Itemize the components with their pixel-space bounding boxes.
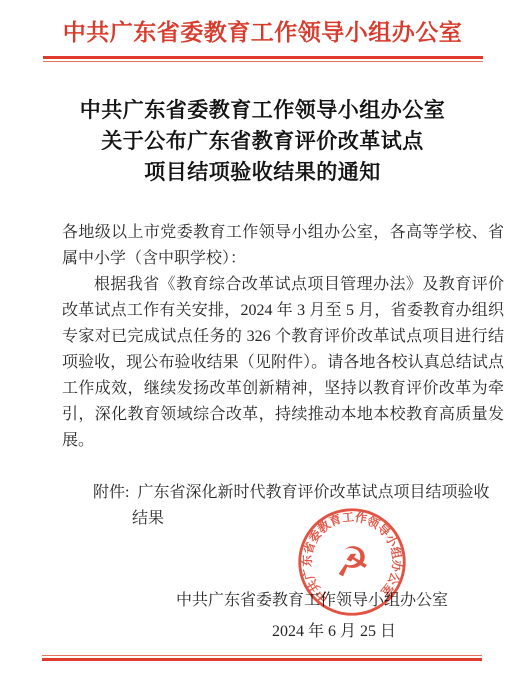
signature-block: 中共广东省委教育工作领导小组办公室 2024 年 6 月 25 日: [62, 588, 504, 645]
title-line-2: 关于公布广东省教育评价改革试点: [0, 126, 525, 157]
title-line-1: 中共广东省委教育工作领导小组办公室: [0, 95, 525, 126]
attachment-line: 附件:广东省深化新时代教育评价改革试点项目结项验收结果: [62, 480, 504, 532]
body-paragraph: 根据我省《教育综合改革试点项目管理办法》及教育评价改革试点工作有关安排，2024…: [62, 272, 504, 454]
header-org-name: 中共广东省委教育工作领导小组办公室: [0, 0, 525, 49]
signature-date: 2024 年 6 月 25 日: [62, 619, 396, 645]
red-divider-top: [43, 56, 483, 62]
attachment-text: 广东省深化新时代教育评价改革试点项目结项验收结果: [132, 484, 489, 527]
attachment-label: 附件:: [93, 484, 129, 501]
signature-org: 中共广东省委教育工作领导小组办公室: [62, 588, 448, 614]
red-divider-bottom: [42, 655, 482, 661]
document-body: 各地级以上市党委教育工作领导小组办公室，各高等学校、省属中小学（含中职学校）： …: [62, 220, 504, 645]
document-page: 中共广东省委教育工作领导小组办公室 中共广东省委教育工作领导小组办公室 关于公布…: [0, 0, 525, 684]
red-divider-bottom-thick-line: [42, 658, 482, 661]
salutation-text: 各地级以上市党委教育工作领导小组办公室，各高等学校、省属中小学（含中职学校）：: [62, 220, 504, 272]
document-title: 中共广东省委教育工作领导小组办公室 关于公布广东省教育评价改革试点 项目结项验收…: [0, 95, 525, 188]
title-line-3: 项目结项验收结果的通知: [0, 157, 525, 188]
red-divider-top-thin-line: [43, 61, 483, 62]
